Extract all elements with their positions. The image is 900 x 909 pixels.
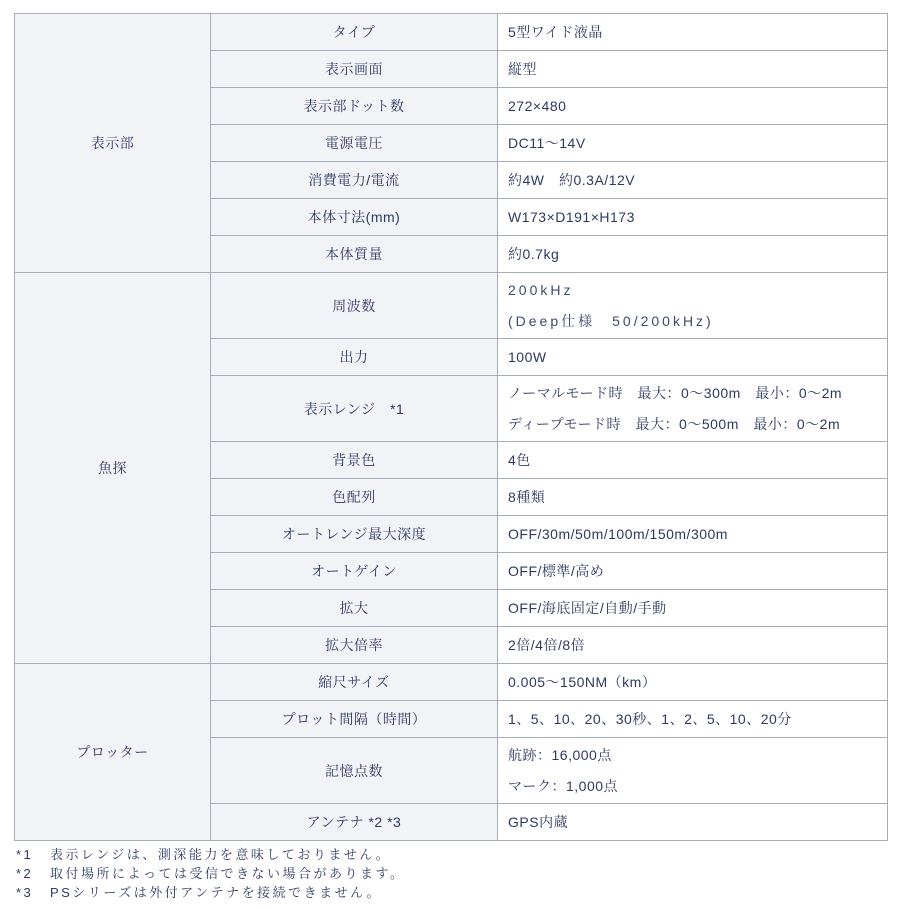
- footnote-marker: *2: [16, 864, 50, 883]
- section-label-2: プロッター: [15, 664, 211, 841]
- footnote-text: PSシリーズは外付アンテナを接続できません。: [50, 883, 382, 902]
- spec-row-label: 記憶点数: [211, 738, 498, 804]
- spec-row-value: OFF/30m/50m/100m/150m/300m: [498, 516, 888, 553]
- spec-row-label: 縮尺サイズ: [211, 664, 498, 701]
- spec-row-label: 本体寸法(mm): [211, 199, 498, 236]
- spec-row-value: 200kHz(Deep仕様 50/200kHz): [498, 273, 888, 339]
- spec-row-value: GPS内蔵: [498, 804, 888, 841]
- spec-row-label: アンテナ *2 *3: [211, 804, 498, 841]
- spec-row-value: ノーマルモード時 最大：0〜300m 最小：0〜2mディープモード時 最大：0〜…: [498, 376, 888, 442]
- spec-value-line: 航跡：16,000点: [508, 740, 879, 771]
- spec-row-value: 4色: [498, 442, 888, 479]
- table-row: 魚探周波数200kHz(Deep仕様 50/200kHz): [15, 273, 888, 339]
- spec-row-value: 1、5、10、20、30秒、1、2、5、10、20分: [498, 701, 888, 738]
- spec-row-value: W173×D191×H173: [498, 199, 888, 236]
- spec-row-label: 背景色: [211, 442, 498, 479]
- spec-row-label: 表示レンジ *1: [211, 376, 498, 442]
- spec-table: 表示部タイプ5型ワイド液晶表示画面縦型表示部ドット数272×480電源電圧DC1…: [14, 13, 888, 841]
- footnotes: *1表示レンジは、測深能力を意味しておりません。*2取付場所によっては受信できな…: [16, 845, 405, 902]
- table-row: プロッター縮尺サイズ0.005〜150NM（km）: [15, 664, 888, 701]
- spec-table-body: 表示部タイプ5型ワイド液晶表示画面縦型表示部ドット数272×480電源電圧DC1…: [15, 14, 888, 841]
- spec-value-line: ノーマルモード時 最大：0〜300m 最小：0〜2m: [508, 378, 879, 409]
- spec-row-label: プロット間隔（時間）: [211, 701, 498, 738]
- spec-row-label: 周波数: [211, 273, 498, 339]
- section-label-0: 表示部: [15, 14, 211, 273]
- spec-row-value: 8種類: [498, 479, 888, 516]
- spec-row-value: 航跡：16,000点マーク：1,000点: [498, 738, 888, 804]
- footnote-text: 取付場所によっては受信できない場合があります。: [50, 864, 405, 883]
- spec-row-label: 出力: [211, 339, 498, 376]
- spec-row-label: タイプ: [211, 14, 498, 51]
- table-row: 表示部タイプ5型ワイド液晶: [15, 14, 888, 51]
- spec-row-value: 縦型: [498, 51, 888, 88]
- footnote-marker: *1: [16, 845, 50, 864]
- footnote: *2取付場所によっては受信できない場合があります。: [16, 864, 405, 883]
- footnote: *1表示レンジは、測深能力を意味しておりません。: [16, 845, 405, 864]
- spec-value-line: ディープモード時 最大：0〜500m 最小：0〜2m: [508, 409, 879, 440]
- spec-row-label: オートレンジ最大深度: [211, 516, 498, 553]
- footnote: *3PSシリーズは外付アンテナを接続できません。: [16, 883, 405, 902]
- spec-value-line: マーク：1,000点: [508, 771, 879, 802]
- spec-row-label: オートゲイン: [211, 553, 498, 590]
- spec-row-label: 本体質量: [211, 236, 498, 273]
- spec-row-value: 5型ワイド液晶: [498, 14, 888, 51]
- spec-row-value: 100W: [498, 339, 888, 376]
- section-label-1: 魚探: [15, 273, 211, 664]
- spec-row-value: 約4W 約0.3A/12V: [498, 162, 888, 199]
- spec-row-value: 約0.7kg: [498, 236, 888, 273]
- footnote-text: 表示レンジは、測深能力を意味しておりません。: [50, 845, 391, 864]
- spec-row-value: OFF/海底固定/自動/手動: [498, 590, 888, 627]
- spec-row-label: 表示部ドット数: [211, 88, 498, 125]
- footnote-marker: *3: [16, 883, 50, 902]
- spec-row-value: 2倍/4倍/8倍: [498, 627, 888, 664]
- spec-row-label: 表示画面: [211, 51, 498, 88]
- spec-row-label: 電源電圧: [211, 125, 498, 162]
- spec-row-label: 消費電力/電流: [211, 162, 498, 199]
- spec-row-value: DC11〜14V: [498, 125, 888, 162]
- spec-value-line: (Deep仕様 50/200kHz): [508, 306, 879, 337]
- spec-table-container: 表示部タイプ5型ワイド液晶表示画面縦型表示部ドット数272×480電源電圧DC1…: [14, 13, 887, 841]
- spec-row-label: 拡大倍率: [211, 627, 498, 664]
- spec-value-line: 200kHz: [508, 275, 879, 306]
- spec-row-value: 0.005〜150NM（km）: [498, 664, 888, 701]
- spec-row-value: OFF/標準/高め: [498, 553, 888, 590]
- spec-row-value: 272×480: [498, 88, 888, 125]
- spec-row-label: 拡大: [211, 590, 498, 627]
- spec-row-label: 色配列: [211, 479, 498, 516]
